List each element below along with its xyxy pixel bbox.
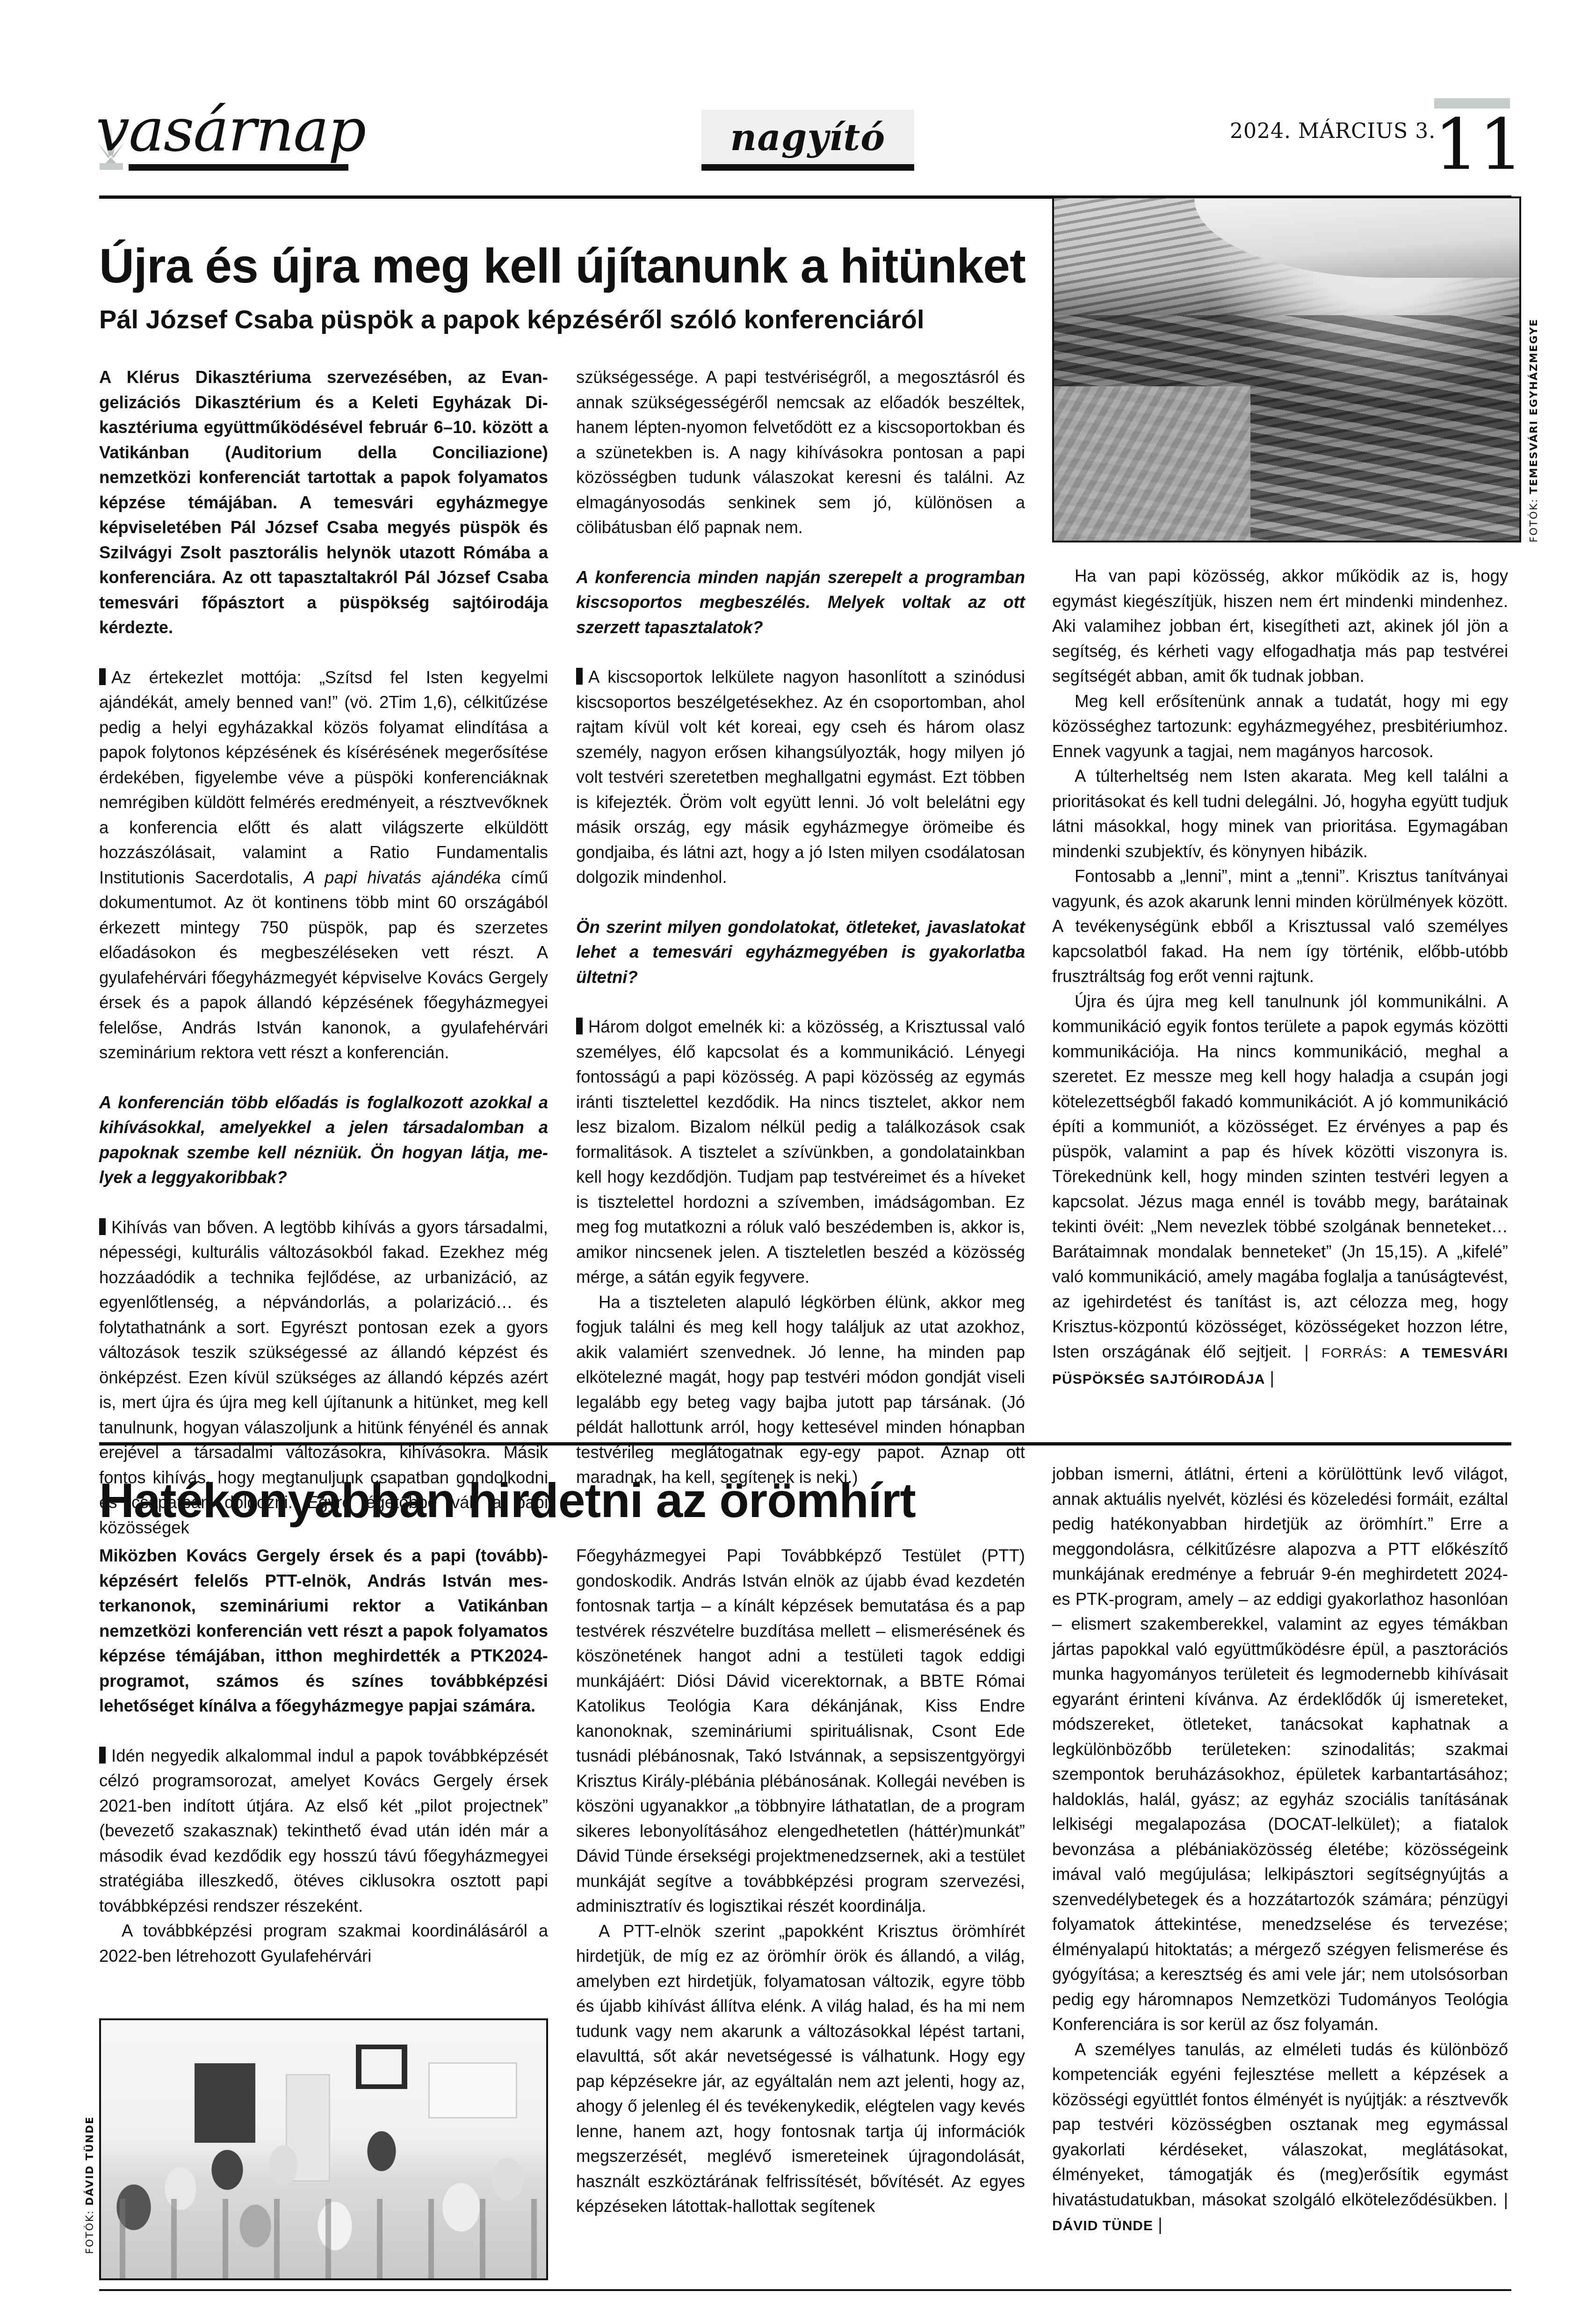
- logo-underline: [129, 164, 348, 171]
- bottom-rule: [99, 2289, 1511, 2291]
- article-2-paragraph: A PTT-elnök szerint „papokként Krisztus …: [576, 1919, 1025, 2219]
- logo-text: vasárnap: [96, 101, 366, 160]
- newspaper-logo[interactable]: vasárnap: [96, 101, 348, 171]
- section-label-text: nagyító: [730, 116, 886, 159]
- interview-question: Ön szerint milyen gondolatokat, ötleteke…: [576, 915, 1025, 990]
- separator: |: [1497, 2190, 1508, 2209]
- document-title: A papi hivatás ajándéka: [303, 868, 501, 887]
- section-label: nagyító: [701, 110, 914, 171]
- text: A kiscsoportok lelkülete nagyon hasonlít…: [576, 667, 1025, 887]
- article-1-paragraph: Meg kell erősítenünk annak a tudatát, ho…: [1052, 689, 1508, 764]
- article-1-column-2: szükségessége. A papi testvériségről, a …: [576, 365, 1025, 1490]
- article-1-title: Újra és újra meg kell újítanunk a hitünk…: [99, 239, 1025, 294]
- article-1-paragraph: Ha van papi közösség, akkor működik az i…: [1052, 564, 1508, 689]
- page-number: 11: [1434, 110, 1510, 180]
- article-1-paragraph: Fontosabb a „lenni”, mint a „tenni”. Kri…: [1052, 864, 1508, 989]
- text: A személyes tanulás, az elméleti tudás é…: [1052, 2040, 1508, 2209]
- article-2-paragraph: Főegyházmegyei Papi Továbbképző Testület…: [576, 1543, 1025, 1919]
- photo-chairs: [101, 2199, 546, 2278]
- text: Az értekezlet mottója: „Szítsd fel Isten…: [99, 668, 548, 887]
- credit-label: FOTÓK:: [84, 2205, 96, 2254]
- paragraph-marker: [576, 668, 583, 685]
- article-2-paragraph: A továbbképzési program szakmai koordiná…: [99, 1918, 548, 1968]
- text: Újra és újra meg kell tanulnunk jól komm…: [1052, 992, 1508, 1361]
- interview-answer-cont: szükségessége. A papi testvériségről, a …: [576, 365, 1025, 540]
- article-2-column-2: Főegyházmegyei Papi Továbbképző Testület…: [576, 1543, 1025, 2219]
- interview-answer: Három dolgot emelnék ki: a közösség, a K…: [576, 1014, 1025, 1290]
- article-1-lead: A Klérus Dikasztériuma szervezésében, az…: [99, 365, 548, 640]
- article-2-lead: Miközben Kovács Gergely érsek és a papi …: [99, 1543, 548, 1719]
- text: Három dolgot emelnék ki: a közösség, a K…: [576, 1017, 1025, 1286]
- seminar-photo[interactable]: [99, 2018, 548, 2280]
- separator: |: [1265, 1368, 1274, 1388]
- article-1-subtitle: Pál József Csaba püspök a papok képzésér…: [99, 304, 924, 334]
- interview-question: A konferencián több előadás is foglalkoz…: [99, 1090, 548, 1190]
- author-byline: DÁVID TÜNDE: [1052, 2218, 1153, 2233]
- article-2-paragraph: jobban ismerni, átlátni, érteni a körülö…: [1052, 1461, 1508, 2037]
- photo-ceiling: [1194, 198, 1521, 278]
- photo-floor: [1054, 386, 1250, 541]
- paragraph-marker: [576, 1018, 583, 1034]
- article-2-paragraph: A személyes tanulás, az elméleti tudás é…: [1052, 2037, 1508, 2239]
- article-1-paragraph: Ha a tiszteleten alapuló légkörben élünk…: [576, 1290, 1025, 1490]
- text: című dokumentumot. Az öt kontinens több …: [99, 868, 548, 1062]
- interview-answer: A kiscsoportok lelkülete nagyon hasonlít…: [576, 665, 1025, 890]
- page-number-box: 11: [1434, 98, 1510, 206]
- article-1-paragraph: Újra és újra meg kell tanulnunk jól komm…: [1052, 989, 1508, 1392]
- credit-label: FOTÓK:: [1528, 494, 1540, 542]
- masthead: vasárnap nagyító 2024. MÁRCIUS 3. 11: [0, 0, 1596, 196]
- article-1-column-3: Ha van papi közösség, akkor működik az i…: [1052, 564, 1508, 1392]
- credit-name: DÁVID TÜNDE: [84, 2116, 96, 2206]
- article-2-column-1: Miközben Kovács Gergely érsek és a papi …: [99, 1543, 548, 1968]
- paragraph-marker: [99, 1747, 106, 1763]
- photo-credit-2: FOTÓK: DÁVID TÜNDE: [84, 2116, 96, 2254]
- article-2-title: Hatékonyabban hirdetni az örömhírt: [99, 1473, 916, 1529]
- paragraph-marker: [99, 668, 106, 685]
- text: Idén negyedik alkalommal indul a papok t…: [99, 1746, 548, 1915]
- logo-accent-dash: [100, 163, 123, 170]
- article-2-paragraph: Idén negyedik alkalommal indul a papok t…: [99, 1743, 548, 1919]
- article-2-column-3: jobban ismerni, átlátni, érteni a körülö…: [1052, 1461, 1508, 2239]
- article-1-paragraph: Az értekezlet mottója: „Szítsd fel Isten…: [99, 665, 548, 1065]
- source-label: FORRÁS:: [1322, 1345, 1400, 1361]
- paragraph-marker: [99, 1218, 106, 1235]
- photo-whiteboard: [428, 2062, 517, 2118]
- separator: |: [1292, 1342, 1322, 1361]
- photo-credit-1: FOTÓK: TEMESVÁRI EGYHÁZMEGYE: [1528, 318, 1540, 542]
- issue-date: 2024. MÁRCIUS 3.: [1230, 119, 1436, 143]
- interview-question: A konferencia minden napján szerepelt a …: [576, 565, 1025, 640]
- article-divider: [99, 1442, 1511, 1445]
- auditorium-photo[interactable]: [1052, 196, 1521, 542]
- separator: |: [1153, 2215, 1163, 2234]
- article-1-paragraph: A túlterheltség nem Isten akarata. Meg k…: [1052, 764, 1508, 864]
- photo-screen: [356, 2045, 407, 2089]
- article-1-column-1: A Klérus Dikasztériuma szervezésében, az…: [99, 365, 548, 1540]
- credit-name: TEMESVÁRI EGYHÁZMEGYE: [1528, 318, 1540, 494]
